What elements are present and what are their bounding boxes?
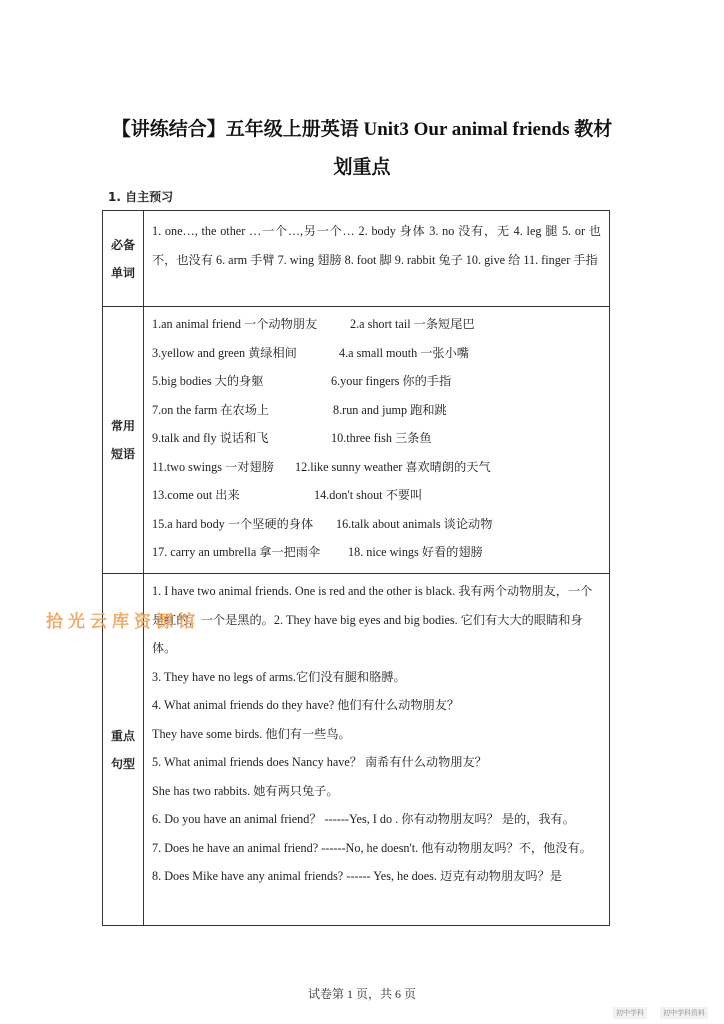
phrase-item: 13.come out 出来 [152,481,314,510]
phrase-item: 15.a hard body 一个坚硬的身体 [152,510,336,539]
vocabulary-text: 1. one…, the other …一个…,另一个… 2. body 身体 … [144,211,609,306]
corner-stamp: 初中学科 [613,1007,647,1019]
sentence-item: 1. I have two animal friends. One is red… [152,577,601,663]
phrase-item: 17. carry an umbrella 拿一把雨伞 [152,538,348,567]
document-title-line1: 【讲练结合】五年级上册英语 Unit3 Our animal friends 教… [0,114,724,141]
sentence-item: She has two rabbits. 她有两只兔子。 [152,777,601,806]
phrase-item: 2.a short tail 一条短尾巴 [350,310,475,339]
phrase-line: 13.come out 出来 14.don't shout 不要叫 [152,481,601,510]
phrase-item: 6.your fingers 你的手指 [331,367,451,396]
sentence-item: 6. Do you have an animal friend？ ------Y… [152,805,601,834]
phrase-line: 9.talk and fly 说话和飞 10.three fish 三条鱼 [152,424,601,453]
watermark-text: 拾光云库资源馆 [46,607,200,632]
phrase-line: 7.on the farm 在农场上 8.run and jump 跑和跳 [152,396,601,425]
phrase-line: 15.a hard body 一个坚硬的身体 16.talk about ani… [152,510,601,539]
phrase-item: 1.an animal friend 一个动物朋友 [152,310,350,339]
row-label-line1: 重点 [108,722,138,750]
phrase-item: 18. nice wings 好看的翅膀 [348,538,483,567]
phrase-item: 7.on the farm 在农场上 [152,396,333,425]
row-label: 常用 短语 [103,307,144,573]
phrase-item: 8.run and jump 跑和跳 [333,396,447,425]
sentence-item: They have some birds. 他们有一些鸟。 [152,720,601,749]
phrase-item: 9.talk and fly 说话和飞 [152,424,331,453]
phrase-item: 16.talk about animals 谈论动物 [336,510,492,539]
preview-table: 必备 单词 1. one…, the other …一个…,另一个… 2. bo… [102,210,610,926]
table-row-vocabulary: 必备 单词 1. one…, the other …一个…,另一个… 2. bo… [103,211,609,307]
phrase-line: 5.big bodies 大的身躯 6.your fingers 你的手指 [152,367,601,396]
phrase-item: 12.like sunny weather 喜欢晴朗的天气 [295,453,491,482]
phrase-item: 10.three fish 三条鱼 [331,424,432,453]
phrase-line: 3.yellow and green 黄绿相间 4.a small mouth … [152,339,601,368]
corner-stamp: 初中学科资料 [660,1007,708,1019]
sentence-item: 7. Does he have an animal friend? ------… [152,834,601,863]
sentences-list: 1. I have two animal friends. One is red… [144,574,609,925]
document-title-line2: 划重点 [0,152,724,179]
sentence-item: 3. They have no legs of arms.它们没有腿和胳膊。 [152,663,601,692]
phrase-line: 1.an animal friend 一个动物朋友 2.a short tail… [152,310,601,339]
row-label-line1: 常用 [108,412,138,440]
phrase-line: 17. carry an umbrella 拿一把雨伞 18. nice win… [152,538,601,567]
page-footer: 试卷第 1 页，共 6 页 [0,985,724,1002]
row-label-line2: 短语 [108,440,138,468]
row-label-line2: 句型 [108,750,138,778]
phrase-item: 4.a small mouth 一张小嘴 [339,339,469,368]
phrase-item: 5.big bodies 大的身躯 [152,367,331,396]
phrase-item: 14.don't shout 不要叫 [314,481,422,510]
section-heading: 1. 自主预习 [108,188,173,205]
sentence-item: 8. Does Mike have any animal friends? --… [152,862,601,891]
phrase-item: 11.two swings 一对翅膀 [152,453,295,482]
phrases-list: 1.an animal friend 一个动物朋友 2.a short tail… [144,307,609,573]
row-label-line1: 必备 [108,231,138,259]
phrase-line: 11.two swings 一对翅膀 12.like sunny weather… [152,453,601,482]
sentence-item: 4. What animal friends do they have? 他们有… [152,691,601,720]
phrase-item: 3.yellow and green 黄绿相间 [152,339,339,368]
row-label: 必备 单词 [103,211,144,306]
row-label-line2: 单词 [108,259,138,287]
table-row-phrases: 常用 短语 1.an animal friend 一个动物朋友 2.a shor… [103,307,609,574]
sentence-item: 5. What animal friends does Nancy have？ … [152,748,601,777]
